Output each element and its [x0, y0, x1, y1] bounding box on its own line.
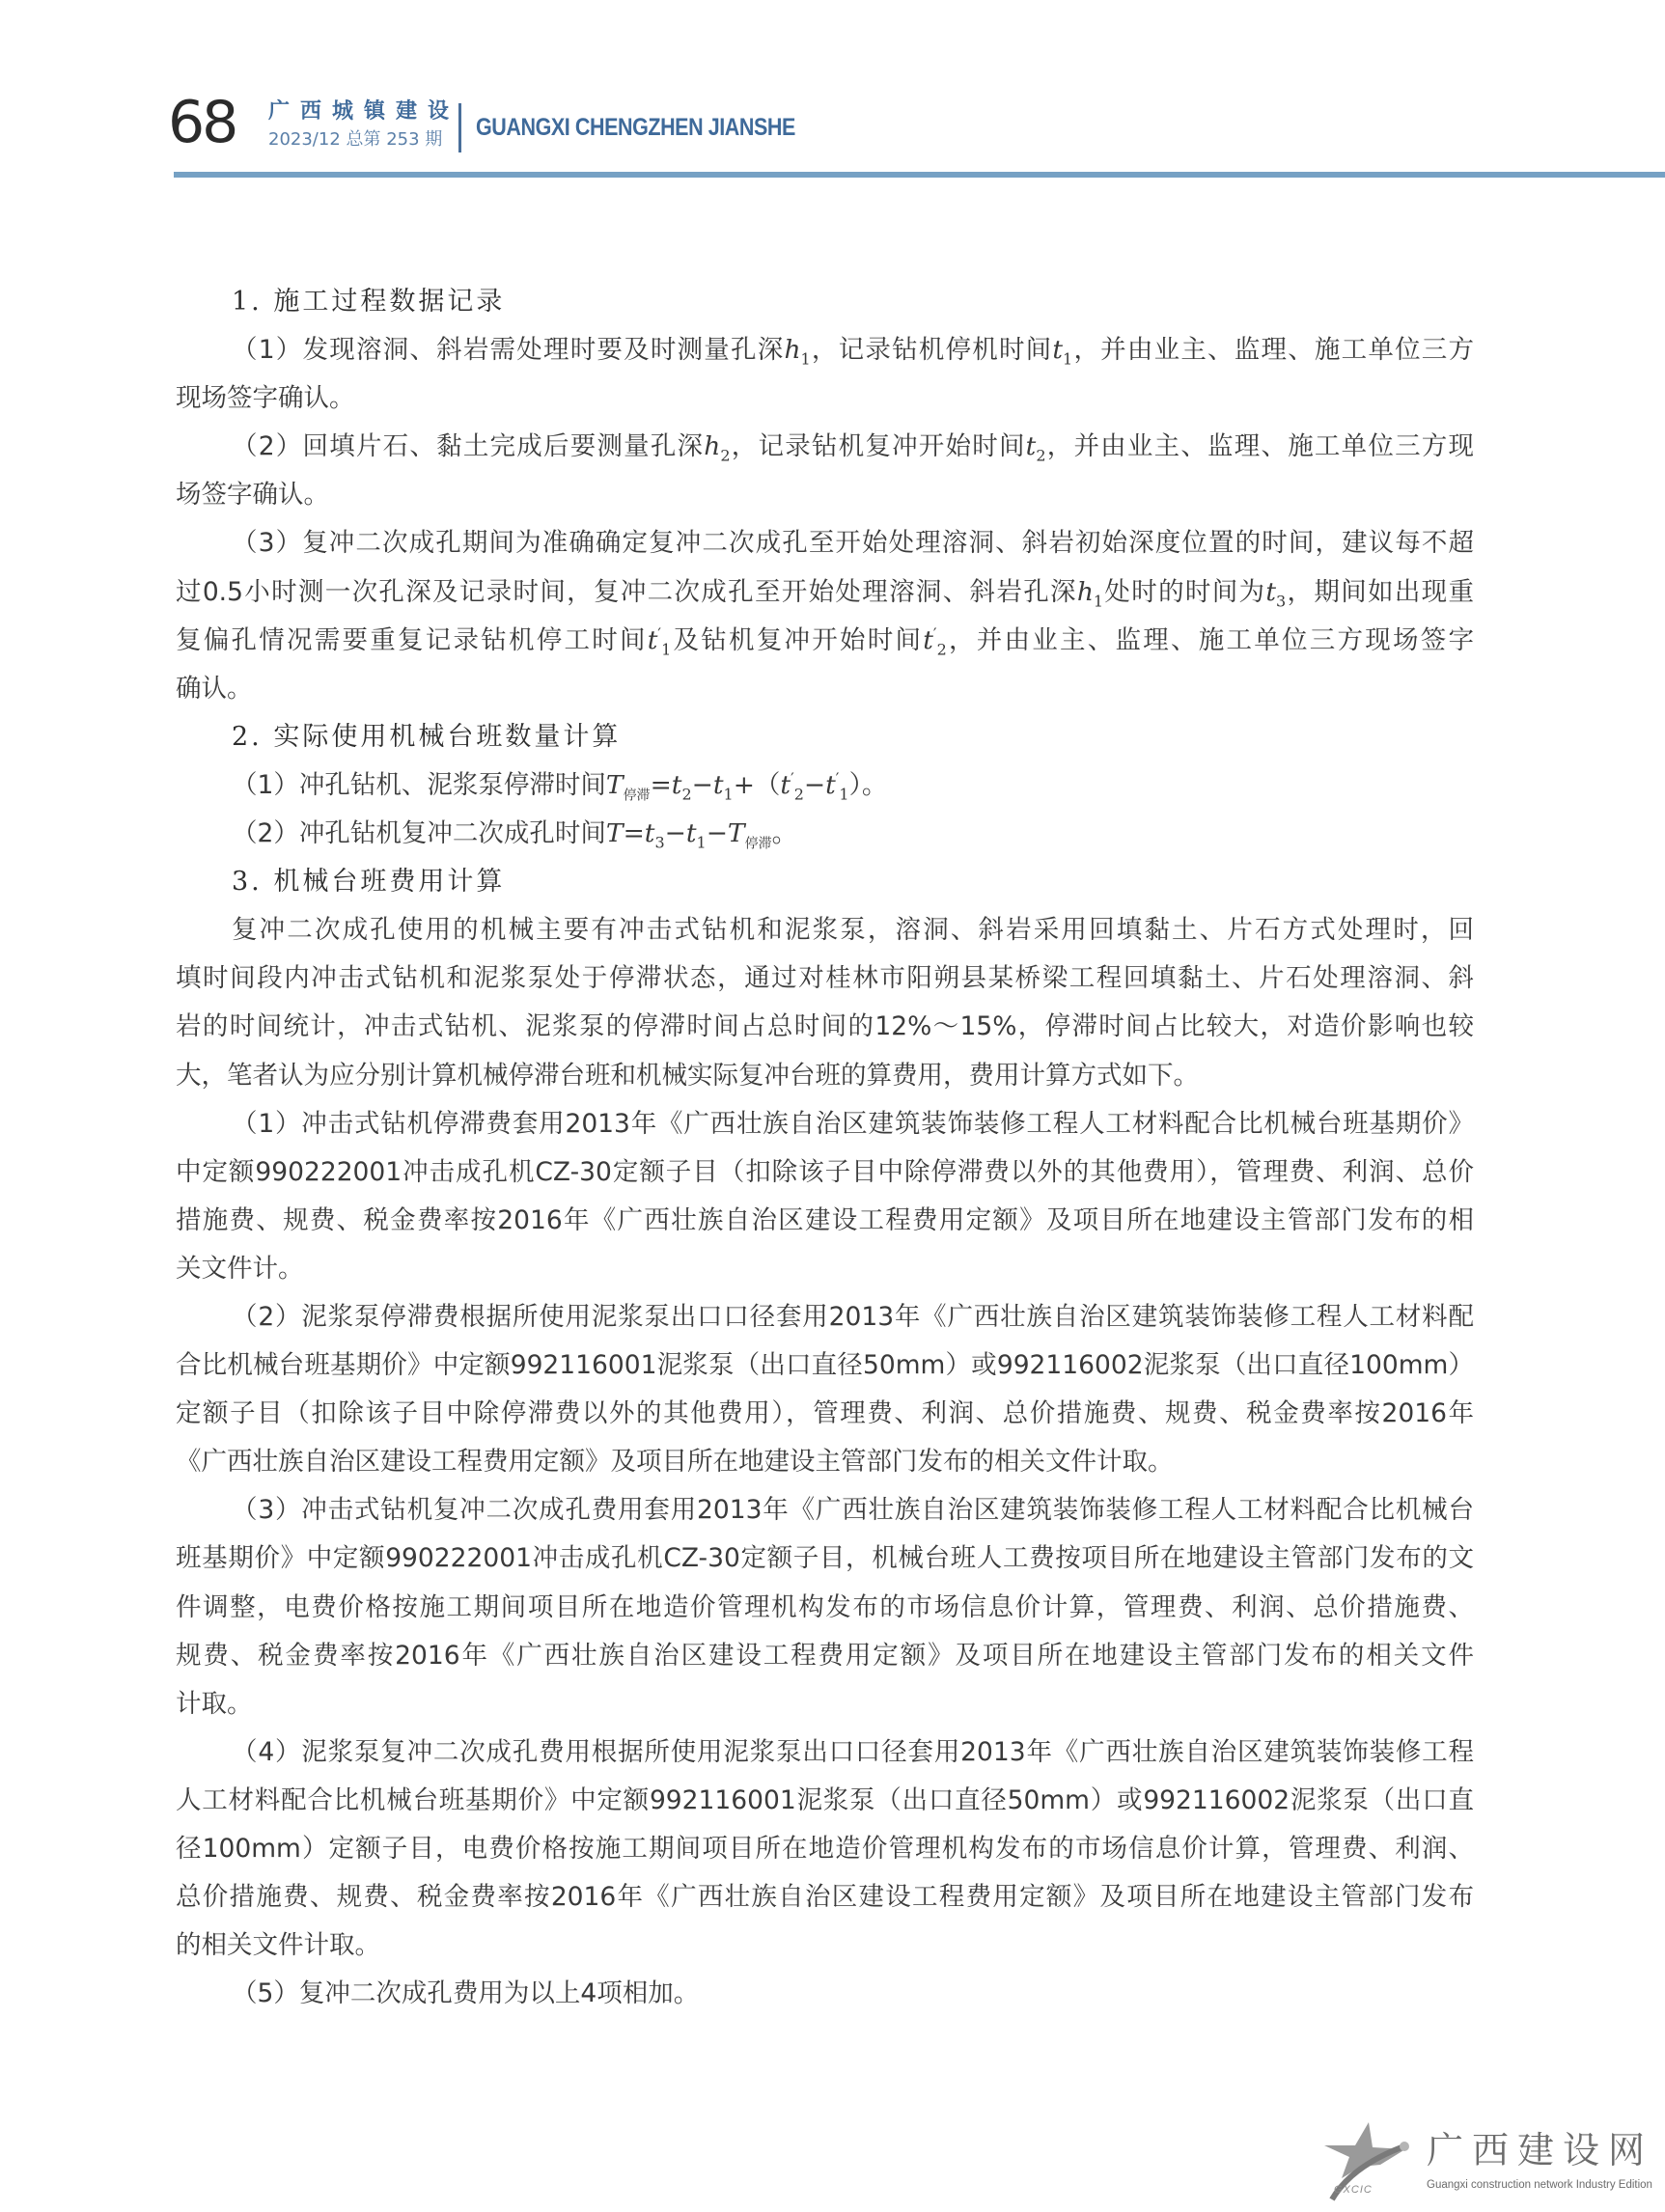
paragraph-line: （3）复冲二次成孔期间为准确确定复冲二次成孔至开始处理溶洞、斜岩初始深度位置的时…	[176, 519, 1474, 567]
text-run: ，并由业主、监理、施工单位三方	[1072, 335, 1474, 365]
text-run: ，并由业主、监理、施工单位三方现	[1046, 431, 1474, 461]
formula: T停滞=t2−t1+	[606, 770, 755, 800]
math-var: h2	[704, 431, 730, 461]
section-heading-3: 3. 机械台班费用计算	[176, 858, 1474, 906]
paragraph-line: （4）泥浆泵复冲二次成孔费用根据所使用泥浆泵出口口径套用2013年《广西壮族自治…	[176, 1728, 1474, 1777]
text-run: ，记录钻机停机时间	[811, 335, 1053, 365]
formula: t′2−t′1	[780, 770, 848, 800]
header-rule	[174, 172, 1665, 178]
text-run: 处时的时间为	[1103, 577, 1265, 607]
section-heading-1: 1. 施工过程数据记录	[176, 278, 1474, 326]
paragraph-line: 总价措施费、规费、税金费率按2016年《广西壮族自治区建设工程费用定额》及项目所…	[176, 1873, 1474, 1922]
paragraph-line: 中定额990222001冲击成孔机CZ-30定额子目（扣除该子目中除停滞费以外的…	[176, 1148, 1474, 1197]
text-run: （1）冲孔钻机、泥浆泵停滞时间	[232, 770, 606, 800]
issue-info: 2023/12 总第 253 期	[268, 128, 442, 152]
paragraph-line: 计取。	[176, 1680, 1474, 1728]
math-var: t′1	[648, 625, 671, 655]
paragraph-line: 过0.5小时测一次孔深及记录时间，复冲二次成孔至开始处理溶洞、斜岩孔深h1处时的…	[176, 568, 1474, 617]
magazine-title-en: GUANGXI CHENGZHEN JIANSHE	[476, 112, 795, 143]
paragraph-line: 复偏孔情况需要重复记录钻机停工时间t′1及钻机复冲开始时间t′2，并由业主、监理…	[176, 617, 1474, 665]
math-var: t2	[1026, 431, 1046, 461]
formula-line-1: （1）冲孔钻机、泥浆泵停滞时间T停滞=t2−t1+（t′2−t′1）。	[176, 761, 1474, 810]
math-var: t3	[1265, 577, 1286, 607]
paragraph-line: 填时间段内冲击式钻机和泥浆泵处于停滞状态，通过对桂林市阳朔县某桥梁工程回填黏土、…	[176, 954, 1474, 1003]
watermark-logo: GXCIC 广西建设网 Guangxi construction network…	[1313, 2118, 1665, 2205]
paragraph-line: （5）复冲二次成孔费用为以上4项相加。	[176, 1970, 1474, 2018]
text-run: ，并由业主、监理、施工单位三方现场签字	[947, 625, 1474, 655]
paragraph-line: 定额子目（扣除该子目中除停滞费以外的其他费用），管理费、利润、总价措施费、规费、…	[176, 1390, 1474, 1438]
formula-line-2: （2）冲孔钻机复冲二次成孔时间T=t3−t1−T停滞。	[176, 810, 1474, 858]
paragraph-line: （3）冲击式钻机复冲二次成孔费用套用2013年《广西壮族自治区建筑装饰装修工程人…	[176, 1486, 1474, 1535]
paragraph-line: 规费、税金费率按2016年《广西壮族自治区建设工程费用定额》及项目所在地建设主管…	[176, 1632, 1474, 1680]
math-var: t′2	[923, 625, 946, 655]
article-body: 1. 施工过程数据记录 （1）发现溶洞、斜岩需处理时要及时测量孔深h1，记录钻机…	[176, 278, 1474, 2018]
paragraph-line: 人工材料配合比机械台班基期价》中定额992116001泥浆泵（出口直径50mm）…	[176, 1777, 1474, 1825]
math-var: h1	[1077, 577, 1103, 607]
header-divider	[458, 103, 461, 152]
math-var: t1	[1052, 335, 1072, 365]
text-run: ，期间如出现重	[1286, 577, 1474, 607]
page-number: 68	[168, 89, 236, 156]
text-run: （1）发现溶洞、斜岩需处理时要及时测量孔深	[232, 335, 784, 365]
paragraph-line: 合比机械台班基期价》中定额992116001泥浆泵（出口直径50mm）或9921…	[176, 1341, 1474, 1390]
paragraph-line: 的相关文件计取。	[176, 1922, 1474, 1970]
text-run: （2）回填片石、黏土完成后要测量孔深	[232, 431, 704, 461]
formula: T=t3−t1−T停滞	[606, 818, 772, 848]
paragraph-line: 班基期价》中定额990222001冲击成孔机CZ-30定额子目，机械台班人工费按…	[176, 1535, 1474, 1583]
paragraph-line: 确认。	[176, 665, 1474, 713]
paragraph-line: （1）冲击式钻机停滞费套用2013年《广西壮族自治区建筑装饰装修工程人工材料配合…	[176, 1100, 1474, 1148]
paragraph-line: 大，笔者认为应分别计算机械停滞台班和机械实际复冲台班的算费用，费用计算方式如下。	[176, 1052, 1474, 1100]
paragraph-line: （2）回填片石、黏土完成后要测量孔深h2，记录钻机复冲开始时间t2，并由业主、监…	[176, 423, 1474, 471]
paragraph-line: （1）发现溶洞、斜岩需处理时要及时测量孔深h1，记录钻机停机时间t1，并由业主、…	[176, 326, 1474, 374]
paragraph-line: 场签字确认。	[176, 471, 1474, 519]
logo-name-cn: 广西建设网	[1427, 2128, 1653, 2172]
paragraph-line: 措施费、规费、税金费率按2016年《广西壮族自治区建设工程费用定额》及项目所在地…	[176, 1197, 1474, 1245]
magazine-title-cn: 广西城镇建设	[268, 99, 459, 124]
paragraph-line: 径100mm）定额子目，电费价格按施工期间项目所在地造价管理机构发布的市场信息价…	[176, 1825, 1474, 1873]
paragraph-line: （2）泥浆泵停滞费根据所使用泥浆泵出口口径套用2013年《广西壮族自治区建筑装饰…	[176, 1293, 1474, 1341]
text-run: 过0.5小时测一次孔深及记录时间，复冲二次成孔至开始处理溶洞、斜岩孔深	[176, 577, 1077, 607]
text-run: ，记录钻机复冲开始时间	[731, 431, 1026, 461]
paragraph-line: 复冲二次成孔使用的机械主要有冲击式钻机和泥浆泵，溶洞、斜岩采用回填黏土、片石方式…	[176, 906, 1474, 954]
text-run: 及钻机复冲开始时间	[671, 625, 923, 655]
logo-name-en: Guangxi construction network Industry Ed…	[1427, 2178, 1652, 2192]
page-header: 68 广西城镇建设 2023/12 总第 253 期 GUANGXI CHENG…	[0, 0, 1665, 183]
section-heading-2: 2. 实际使用机械台班数量计算	[176, 713, 1474, 761]
text-run: （2）冲孔钻机复冲二次成孔时间	[232, 818, 606, 848]
paragraph-line: 《广西壮族自治区建设工程费用定额》及项目所在地建设主管部门发布的相关文件计取。	[176, 1438, 1474, 1486]
text-run: 复偏孔情况需要重复记录钻机停工时间	[176, 625, 648, 655]
paragraph-line: 关文件计。	[176, 1245, 1474, 1293]
paragraph-line: 岩的时间统计，冲击式钻机、泥浆泵的停滞时间占总时间的12%～15%，停滞时间占比…	[176, 1003, 1474, 1051]
paragraph-line: 现场签字确认。	[176, 374, 1474, 423]
logo-abbr: GXCIC	[1334, 2184, 1373, 2196]
paragraph-line: 件调整，电费价格按施工期间项目所在地造价管理机构发布的市场信息价计算，管理费、利…	[176, 1584, 1474, 1632]
math-var: h1	[784, 335, 810, 365]
